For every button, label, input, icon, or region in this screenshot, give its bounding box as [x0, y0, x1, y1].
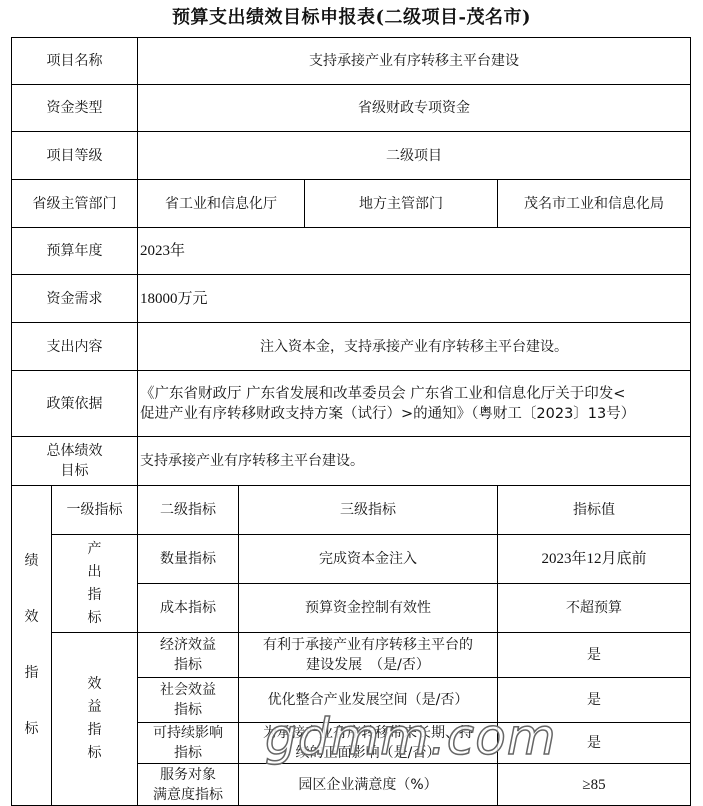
- budget-year-label: 预算年度: [12, 228, 138, 275]
- fund-demand-value: 18000万元: [138, 275, 691, 323]
- expenditure-value: 注入资本金，支持承接产业有序转移主平台建设。: [138, 323, 691, 371]
- level3-line: 建设发展 （是/否）: [241, 655, 495, 675]
- budget-performance-table: 项目名称 支持承接产业有序转移主平台建设 资金类型 省级财政专项资金 项目等级 …: [11, 37, 691, 806]
- policy-basis-line2: 促进产业有序转移财政支持方案（试行）>的通知》（粤财工〔2023〕13号）: [140, 404, 688, 424]
- side-char: 指: [14, 662, 49, 685]
- page-title: 预算支出绩效目标申报表(二级项目-茂名市): [0, 3, 703, 29]
- row-fund-type: 资金类型 省级财政专项资金: [12, 85, 691, 132]
- header-level2: 二级指标: [138, 486, 239, 535]
- level2-line: 服务对象: [140, 765, 236, 785]
- header-level1: 一级指标: [52, 486, 138, 535]
- output-char: 产: [54, 538, 135, 561]
- benefit-level2: 服务对象 满意度指标: [138, 764, 239, 806]
- policy-basis-label: 政策依据: [12, 371, 138, 437]
- benefit-char: 指: [54, 719, 135, 742]
- level2-line: 经济效益: [140, 635, 236, 655]
- project-level-label: 项目等级: [12, 132, 138, 180]
- output-level3: 预算资金控制有效性: [239, 584, 498, 633]
- row-output-quantity: 产 出 指 标 数量指标 完成资本金注入 2023年12月底前: [12, 535, 691, 584]
- benefit-level3: 为承接产业有序转移带来长期、持 续的正面影响（是/否）: [239, 723, 498, 764]
- row-indicator-headers: 绩 效 指 标 一级指标 二级指标 三级指标 指标值: [12, 486, 691, 535]
- row-budget-year: 预算年度 2023年: [12, 228, 691, 275]
- policy-basis-value: 《广东省财政厅 广东省发展和改革委员会 广东省工业和信息化厅关于印发< 促进产业…: [138, 371, 691, 437]
- budget-year-value: 2023年: [138, 228, 691, 275]
- local-dept-value: 茂名市工业和信息化局: [498, 180, 691, 228]
- fund-type-label: 资金类型: [12, 85, 138, 132]
- output-level2: 成本指标: [138, 584, 239, 633]
- provincial-dept-value: 省工业和信息化厅: [138, 180, 305, 228]
- row-fund-demand: 资金需求 18000万元: [12, 275, 691, 323]
- benefit-char: 效: [54, 673, 135, 696]
- provincial-dept-label: 省级主管部门: [12, 180, 138, 228]
- fund-demand-label: 资金需求: [12, 275, 138, 323]
- benefit-value: ≥85: [498, 764, 691, 806]
- expenditure-label: 支出内容: [12, 323, 138, 371]
- row-expenditure: 支出内容 注入资本金，支持承接产业有序转移主平台建设。: [12, 323, 691, 371]
- project-level-value: 二级项目: [138, 132, 691, 180]
- benefit-level3: 有利于承接产业有序转移主平台的 建设发展 （是/否）: [239, 633, 498, 678]
- output-level3: 完成资本金注入: [239, 535, 498, 584]
- overall-goal-value: 支持承接产业有序转移主平台建设。: [138, 437, 691, 486]
- level3-line: 续的正面影响（是/否）: [241, 743, 495, 763]
- benefit-char: 标: [54, 742, 135, 765]
- level2-line: 指标: [140, 700, 236, 720]
- level2-line: 社会效益: [140, 680, 236, 700]
- output-char: 出: [54, 561, 135, 584]
- benefit-level2: 社会效益 指标: [138, 678, 239, 723]
- benefit-char: 益: [54, 696, 135, 719]
- benefit-level3: 优化整合产业发展空间（是/否）: [239, 678, 498, 723]
- level2-line: 可持续影响: [140, 723, 236, 743]
- output-char: 标: [54, 607, 135, 630]
- benefit-level3: 园区企业满意度（%）: [239, 764, 498, 806]
- row-project-name: 项目名称 支持承接产业有序转移主平台建设: [12, 38, 691, 85]
- overall-goal-label: 总体绩效 目标: [12, 437, 138, 486]
- side-char: 效: [14, 606, 49, 629]
- row-policy-basis: 政策依据 《广东省财政厅 广东省发展和改革委员会 广东省工业和信息化厅关于印发<…: [12, 371, 691, 437]
- local-dept-label: 地方主管部门: [305, 180, 498, 228]
- header-level3: 三级指标: [239, 486, 498, 535]
- benefit-indicator-label: 效 益 指 标: [52, 633, 138, 806]
- row-overall-goal: 总体绩效 目标 支持承接产业有序转移主平台建设。: [12, 437, 691, 486]
- output-indicator-label: 产 出 指 标: [52, 535, 138, 633]
- output-value: 2023年12月底前: [498, 535, 691, 584]
- output-level2: 数量指标: [138, 535, 239, 584]
- level2-line: 指标: [140, 743, 236, 763]
- row-benefit-economic: 效 益 指 标 经济效益 指标 有利于承接产业有序转移主平台的 建设发展 （是/…: [12, 633, 691, 678]
- benefit-value: 是: [498, 678, 691, 723]
- level2-line: 指标: [140, 655, 236, 675]
- level2-line: 满意度指标: [140, 785, 236, 805]
- output-value: 不超预算: [498, 584, 691, 633]
- overall-goal-label-line2: 目标: [14, 461, 135, 481]
- side-char: 绩: [14, 550, 49, 573]
- benefit-value: 是: [498, 633, 691, 678]
- benefit-value: 是: [498, 723, 691, 764]
- indicator-side-label: 绩 效 指 标: [12, 486, 52, 806]
- row-project-level: 项目等级 二级项目: [12, 132, 691, 180]
- benefit-level2: 经济效益 指标: [138, 633, 239, 678]
- overall-goal-label-line1: 总体绩效: [14, 441, 135, 461]
- policy-basis-line1: 《广东省财政厅 广东省发展和改革委员会 广东省工业和信息化厅关于印发<: [140, 384, 688, 404]
- side-char: 标: [14, 718, 49, 741]
- level3-line: 有利于承接产业有序转移主平台的: [241, 635, 495, 655]
- level3-line: 为承接产业有序转移带来长期、持: [241, 723, 495, 743]
- row-departments: 省级主管部门 省工业和信息化厅 地方主管部门 茂名市工业和信息化局: [12, 180, 691, 228]
- project-name-label: 项目名称: [12, 38, 138, 85]
- benefit-level2: 可持续影响 指标: [138, 723, 239, 764]
- output-char: 指: [54, 584, 135, 607]
- fund-type-value: 省级财政专项资金: [138, 85, 691, 132]
- project-name-value: 支持承接产业有序转移主平台建设: [138, 38, 691, 85]
- header-value: 指标值: [498, 486, 691, 535]
